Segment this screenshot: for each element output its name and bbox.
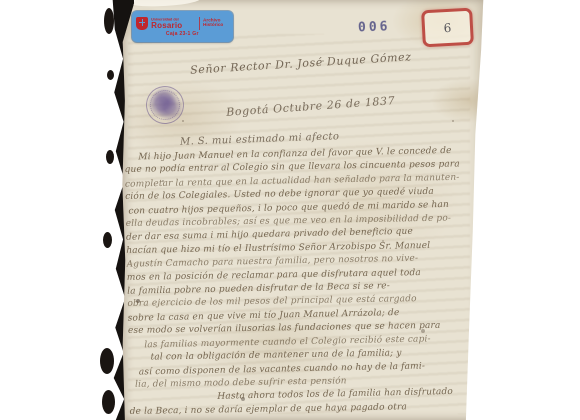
label-divider [199,17,200,30]
dateline: Bogotá Octubre 26 de 1837 [226,94,396,119]
torn-edge-mark [100,348,114,374]
scanned-document-view: Universidad del Rosario Archivo Históric… [0,0,580,420]
archive-label: Universidad del Rosario Archivo Históric… [132,11,233,42]
manuscript-page: Universidad del Rosario Archivo Históric… [122,0,484,420]
torn-top-edge [130,0,200,7]
stamp-number: 6 [443,20,451,34]
salutation-line: M. S. mui estimado mi afecto [180,131,340,148]
torn-edge-mark [107,70,114,80]
institution-name-top: Universidad del [151,18,179,22]
box-label: Caja 23-1 Gr [166,31,199,36]
torn-edge-mark [103,232,112,248]
recipient-line: Señor Rector Dr. José Duque Gómez [190,50,412,77]
department-line2: Histórico [203,23,223,28]
institution-name: Rosario [151,22,196,30]
page-number-stamp: 6 [421,8,474,48]
torn-edge-mark [104,8,114,34]
letter-body: Mi hijo Juan Manuel en la confianza del … [124,144,482,419]
university-crest-icon [136,17,148,30]
folio-number: 006 [358,19,391,35]
circular-ink-seal [144,84,186,126]
torn-edge-mark [106,150,114,164]
torn-edge-mark [102,390,115,414]
